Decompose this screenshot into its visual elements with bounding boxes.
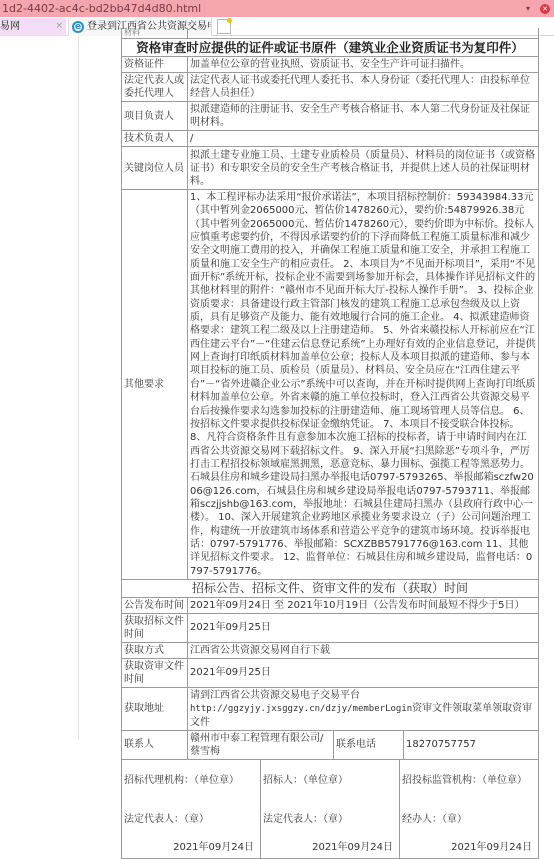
dropdown-icon[interactable]: ▾	[526, 0, 530, 17]
table-row: 获取方式 江西省公共资源交易网自行下载	[122, 642, 539, 658]
release-section-title: 招标公告、招标文件、资审文件的发布（获取）时间	[122, 579, 539, 597]
table-row: 获取资审文件时间 2021年09月25日	[122, 658, 539, 687]
page-url-title: 1d2-4402-ac4c-bd2bb47d4d80.html	[2, 2, 201, 15]
table-row: 获取招标文件时间 2021年09月25日	[122, 613, 539, 642]
table-row: 公告发布时间 2021年09月24日 至 2021年10月19日（公告发布时间最…	[122, 597, 539, 613]
row-label: 获取招标文件时间	[122, 613, 188, 642]
row-value: 2021年09月25日	[188, 613, 539, 642]
partial-row-label: 材料	[122, 28, 188, 39]
row-value: 2021年09月24日 至 2021年10月19日（公告发布时间最短不得少于5日…	[188, 597, 539, 613]
table-row: 获取地址 请到江西省公共资源交易电子交易平台 http://ggzyjy.jxs…	[122, 687, 539, 730]
row-value: 拟派建造师的注册证书、安全生产考核合格证书、本人第二代身份证及社保证明材料。	[188, 102, 539, 131]
browser-title-bar: 1d2-4402-ac4c-bd2bb47d4d80.html ▾ ✕	[0, 0, 554, 17]
tab-close-icon[interactable]: ×	[55, 18, 63, 35]
table-row: 其他要求 1、本工程评标办法采用“报价承诺法”，本项目招标控制价：5934398…	[122, 190, 539, 580]
row-label: 法定代表人或委托代理人	[122, 73, 188, 102]
other-requirements-text: 1、本工程评标办法采用“报价承诺法”，本项目招标控制价：59343984.33元…	[188, 190, 539, 580]
row-label: 获取方式	[122, 642, 188, 658]
page-margin-divider	[78, 37, 79, 740]
ie-browser-icon: e	[72, 21, 84, 33]
section-title-row: 资格审查时应提供的证件或证书原件（建筑业企业资质证书为复印件）	[122, 39, 539, 57]
row-value: 2021年09月25日	[188, 658, 539, 687]
table-row: 资格证件 加盖单位公章的营业执照、资质证书、安全生产许可证扫描件。	[122, 57, 539, 73]
address-line: 请到江西省公共资源交易电子交易平台	[190, 689, 536, 702]
row-label: 关键岗位人员	[122, 147, 188, 190]
row-label: 项目负责人	[122, 102, 188, 131]
qualification-table: 材料 资格审查时应提供的证件或证书原件（建筑业企业资质证书为复印件） 资格证件 …	[121, 28, 539, 740]
table-row: 联系人 赣州市中泰工程管理有限公司/蔡雪梅 联系电话 18270757757	[122, 730, 539, 740]
qualification-section-title: 资格审查时应提供的证件或证书原件（建筑业企业资质证书为复印件）	[122, 39, 539, 57]
row-label: 资格证件	[122, 57, 188, 73]
row-label: 其他要求	[122, 190, 188, 580]
phone-value: 18270757757	[404, 730, 539, 740]
row-label: 技术负责人	[122, 131, 188, 147]
table-row: 技术负责人 /	[122, 131, 539, 147]
row-value: 请到江西省公共资源交易电子交易平台 http://ggzyjy.jxsggzy.…	[188, 687, 539, 730]
table-row: 关键岗位人员 拟派土建专业施工员、土建专业质检员（质量员）、材料员的岗位证书（或…	[122, 147, 539, 190]
row-value: /	[188, 131, 539, 147]
contact-label: 联系人	[122, 730, 188, 740]
row-label: 获取地址	[122, 687, 188, 730]
table-row: 法定代表人或委托代理人 法定代表人证书或委托代理人委托书、本人身份证（委托代理人…	[122, 73, 539, 102]
tab-active[interactable]: 易网 ×	[0, 18, 66, 36]
platform-url-link[interactable]: http://ggzyjy.jxsggzy.cn/dzjy/memberLogi…	[190, 704, 412, 714]
window-controls: ▾ ✕	[526, 0, 550, 17]
row-value: 江西省公共资源交易网自行下载	[188, 642, 539, 658]
row-label: 获取资审文件时间	[122, 658, 188, 687]
close-window-icon[interactable]: ✕	[540, 4, 550, 14]
tab-label: 易网	[0, 21, 20, 32]
row-value: 拟派土建专业施工员、土建专业质检员（质量员）、材料员的岗位证书（或资格证书）和专…	[188, 147, 539, 190]
tender-document: 材料 资格审查时应提供的证件或证书原件（建筑业企业资质证书为复印件） 资格证件 …	[121, 28, 538, 740]
section-title-row: 招标公告、招标文件、资审文件的发布（获取）时间	[122, 579, 539, 597]
row-value: 法定代表人证书或委托代理人委托书、本人身份证（委托代理人：由投标单位经营人员担任…	[188, 73, 539, 102]
row-label: 公告发布时间	[122, 597, 188, 613]
row-value: 加盖单位公章的营业执照、资质证书、安全生产许可证扫描件。	[188, 57, 539, 73]
contact-value: 赣州市中泰工程管理有限公司/蔡雪梅	[188, 730, 334, 740]
table-row: 项目负责人 拟派建造师的注册证书、安全生产考核合格证书、本人第二代身份证及社保证…	[122, 102, 539, 131]
phone-label: 联系电话	[334, 730, 404, 740]
table-row: 材料	[122, 28, 539, 39]
